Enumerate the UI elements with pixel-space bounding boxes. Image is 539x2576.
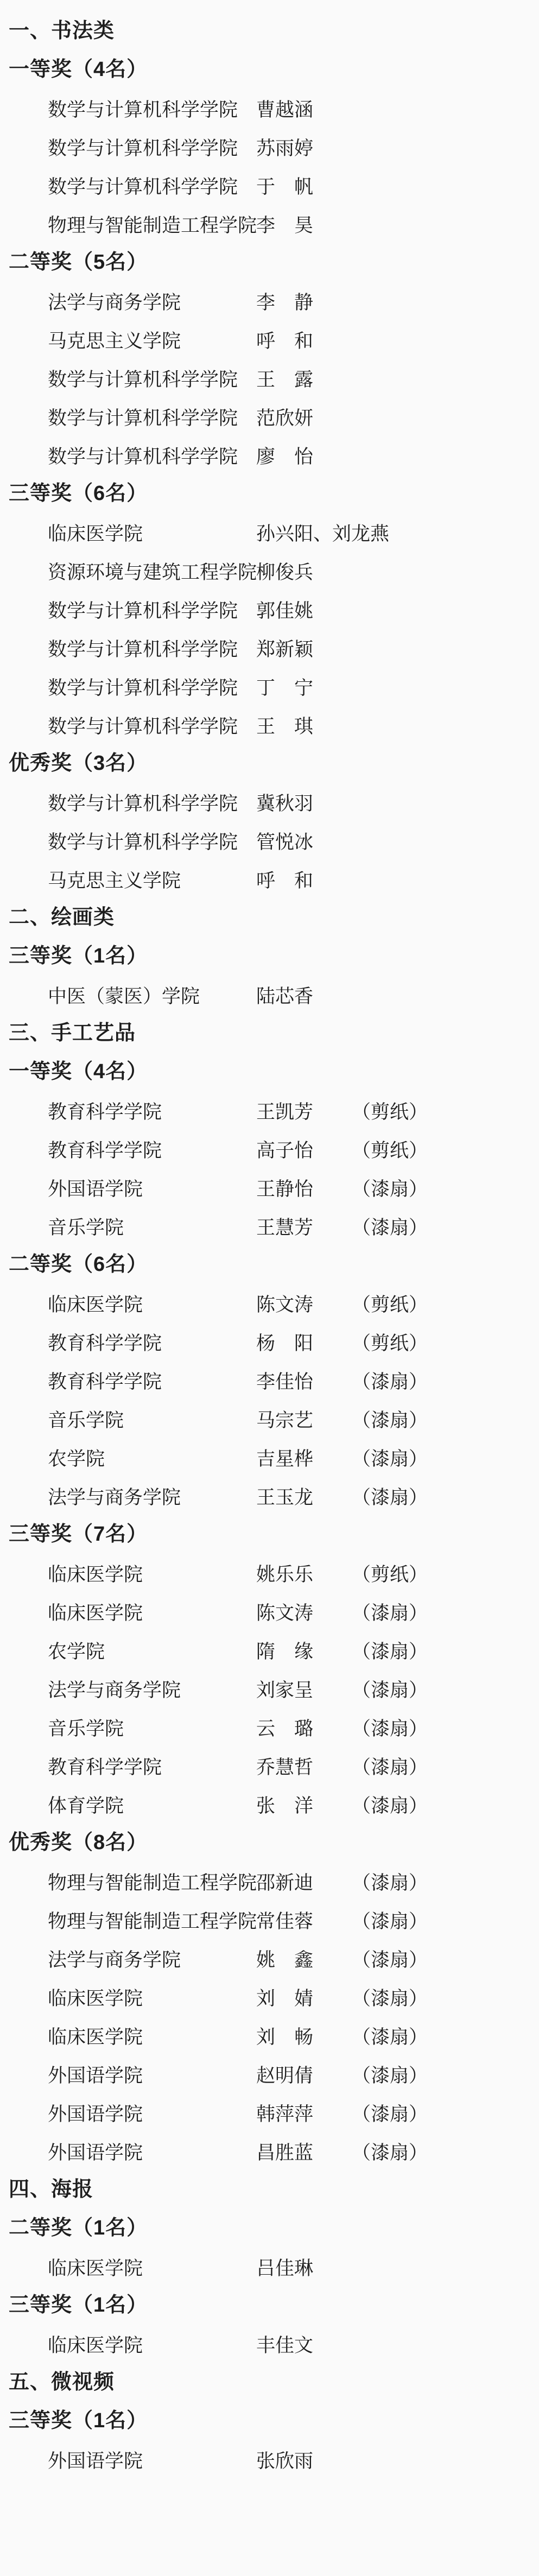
winner-row: 体育学院 张 洋 （漆扇） — [0, 1785, 539, 1824]
college-name: 数学与计算机科学学院 — [48, 673, 256, 700]
craft-type: （剪纸） — [352, 1328, 428, 1356]
winner-name: 韩萍萍 — [256, 2099, 352, 2126]
winner-row: 临床医学院 陈文涛 （剪纸） — [0, 1284, 539, 1322]
winner-row: 物理与智能制造工程学院 邵新迪 （漆扇） — [0, 1862, 539, 1901]
award-group: 优秀奖（3名） 数学与计算机科学学院 冀秋羽 数学与计算机科学学院 管悦冰 马克… — [0, 744, 539, 898]
craft-type: （漆扇） — [352, 1637, 428, 1664]
college-name: 法学与商务学院 — [48, 1483, 256, 1510]
award-group: 一等奖（4名） 教育科学学院 王凯芳 （剪纸） 教育科学学院 高子怡 （剪纸） … — [0, 1053, 539, 1245]
winner-name: 范欣妍 — [256, 403, 352, 431]
award-group-title: 优秀奖（3名） — [0, 744, 539, 783]
winner-name: 姚乐乐 — [256, 1560, 352, 1587]
winner-name: 呼 和 — [256, 866, 352, 893]
winner-row: 农学院 隋 缘 （漆扇） — [0, 1631, 539, 1669]
award-group-title: 优秀奖（8名） — [0, 1824, 539, 1862]
college-name: 临床医学院 — [48, 1560, 256, 1587]
college-name: 物理与智能制造工程学院 — [48, 1868, 256, 1895]
college-name: 教育科学学院 — [48, 1097, 256, 1124]
category-title: 五、微视频 — [0, 2363, 539, 2402]
college-name: 临床医学院 — [48, 2331, 256, 2358]
college-name: 数学与计算机科学学院 — [48, 827, 256, 855]
winner-name: 吕佳琳 — [256, 2254, 352, 2281]
document-content: 一、书法类 一等奖（4名） 数学与计算机科学学院 曹越涵 数学与计算机科学学院 … — [0, 12, 539, 2479]
college-name: 临床医学院 — [48, 2022, 256, 2049]
winner-row: 临床医学院 孙兴阳、刘龙燕 — [0, 513, 539, 552]
award-group-rows: 临床医学院 姚乐乐 （剪纸） 临床医学院 陈文涛 （漆扇） 农学院 隋 缘 （漆… — [0, 1554, 539, 1824]
award-group-title: 三等奖（7名） — [0, 1515, 539, 1554]
college-name: 外国语学院 — [48, 2099, 256, 2126]
award-group: 三等奖（6名） 临床医学院 孙兴阳、刘龙燕 资源环境与建筑工程学院 柳俊兵 数学… — [0, 474, 539, 744]
winner-name: 隋 缘 — [256, 1637, 352, 1664]
craft-type: （漆扇） — [352, 1945, 428, 1972]
category-groups: 三等奖（1名） 外国语学院 张欣雨 — [0, 2402, 539, 2479]
college-name: 数学与计算机科学学院 — [48, 635, 256, 662]
winner-row: 教育科学学院 李佳怡 （漆扇） — [0, 1361, 539, 1400]
college-name: 法学与商务学院 — [48, 1675, 256, 1702]
winner-name: 廖 怡 — [256, 442, 352, 469]
winner-name: 张 洋 — [256, 1791, 352, 1818]
category-groups: 一等奖（4名） 数学与计算机科学学院 曹越涵 数学与计算机科学学院 苏雨婷 数学… — [0, 50, 539, 898]
winner-name: 柳俊兵 — [256, 558, 352, 585]
craft-type: （剪纸） — [352, 1136, 428, 1163]
award-group-title: 三等奖（6名） — [0, 474, 539, 513]
college-name: 数学与计算机科学学院 — [48, 442, 256, 469]
college-name: 物理与智能制造工程学院 — [48, 1907, 256, 1934]
college-name: 外国语学院 — [48, 2446, 256, 2473]
college-name: 教育科学学院 — [48, 1328, 256, 1356]
category-groups: 一等奖（4名） 教育科学学院 王凯芳 （剪纸） 教育科学学院 高子怡 （剪纸） … — [0, 1053, 539, 2170]
college-name: 临床医学院 — [48, 519, 256, 546]
winner-row: 物理与智能制造工程学院 李 昊 — [0, 205, 539, 243]
college-name: 教育科学学院 — [48, 1367, 256, 1394]
winner-row: 教育科学学院 乔慧哲 （漆扇） — [0, 1746, 539, 1785]
craft-type: （漆扇） — [352, 1444, 428, 1471]
winner-row: 物理与智能制造工程学院 常佳蓉 （漆扇） — [0, 1901, 539, 1939]
winner-row: 外国语学院 韩萍萍 （漆扇） — [0, 2093, 539, 2132]
category-section: 二、绘画类 三等奖（1名） 中医（蒙医）学院 陆芯香 — [0, 898, 539, 1014]
college-name: 教育科学学院 — [48, 1752, 256, 1780]
college-name: 数学与计算机科学学院 — [48, 596, 256, 623]
winner-name: 陆芯香 — [256, 982, 352, 1009]
winner-row: 教育科学学院 高子怡 （剪纸） — [0, 1130, 539, 1168]
winner-name: 李 静 — [256, 288, 352, 315]
category-title: 二、绘画类 — [0, 898, 539, 937]
award-list-document: 一、书法类 一等奖（4名） 数学与计算机科学学院 曹越涵 数学与计算机科学学院 … — [0, 0, 539, 2479]
winner-name: 王 琪 — [256, 712, 352, 739]
winner-row: 法学与商务学院 姚 鑫 （漆扇） — [0, 1939, 539, 1978]
award-group-rows: 临床医学院 孙兴阳、刘龙燕 资源环境与建筑工程学院 柳俊兵 数学与计算机科学学院… — [0, 513, 539, 744]
college-name: 物理与智能制造工程学院 — [48, 211, 256, 238]
college-name: 马克思主义学院 — [48, 866, 256, 893]
winner-row: 法学与商务学院 刘家呈 （漆扇） — [0, 1669, 539, 1708]
craft-type: （漆扇） — [352, 1907, 428, 1934]
winner-name: 陈文涛 — [256, 1598, 352, 1625]
winner-name: 管悦冰 — [256, 827, 352, 855]
award-group-title: 三等奖（1名） — [0, 937, 539, 976]
college-name: 数学与计算机科学学院 — [48, 134, 256, 161]
winner-row: 马克思主义学院 呼 和 — [0, 860, 539, 898]
college-name: 外国语学院 — [48, 1174, 256, 1201]
award-group-title: 一等奖（4名） — [0, 50, 539, 89]
award-group: 三等奖（1名） 中医（蒙医）学院 陆芯香 — [0, 937, 539, 1014]
award-group-title: 三等奖（1名） — [0, 2402, 539, 2440]
winner-row: 音乐学院 王慧芳 （漆扇） — [0, 1207, 539, 1245]
winner-name: 杨 阳 — [256, 1328, 352, 1356]
winner-row: 数学与计算机科学学院 丁 宁 — [0, 667, 539, 706]
winner-name: 陈文涛 — [256, 1290, 352, 1317]
winner-name: 冀秋羽 — [256, 789, 352, 816]
winner-row: 临床医学院 吕佳琳 — [0, 2248, 539, 2286]
winner-name: 刘 畅 — [256, 2022, 352, 2049]
winner-row: 音乐学院 马宗艺 （漆扇） — [0, 1400, 539, 1438]
winner-name: 郭佳姚 — [256, 596, 352, 623]
college-name: 临床医学院 — [48, 1598, 256, 1625]
winner-row: 外国语学院 赵明倩 （漆扇） — [0, 2055, 539, 2093]
winner-name: 姚 鑫 — [256, 1945, 352, 1972]
craft-type: （漆扇） — [352, 1598, 428, 1625]
craft-type: （漆扇） — [352, 1868, 428, 1895]
category-section: 四、海报 二等奖（1名） 临床医学院 吕佳琳 三等奖（1名） 临床医学院 丰佳文 — [0, 2170, 539, 2363]
winner-row: 法学与商务学院 王玉龙 （漆扇） — [0, 1477, 539, 1515]
award-group-rows: 临床医学院 吕佳琳 — [0, 2248, 539, 2286]
college-name: 数学与计算机科学学院 — [48, 365, 256, 392]
award-group-rows: 临床医学院 丰佳文 — [0, 2325, 539, 2363]
craft-type: （漆扇） — [352, 1367, 428, 1394]
college-name: 中医（蒙医）学院 — [48, 982, 256, 1009]
winner-row: 数学与计算机科学学院 郭佳姚 — [0, 590, 539, 629]
category-section: 五、微视频 三等奖（1名） 外国语学院 张欣雨 — [0, 2363, 539, 2479]
winner-name: 王慧芳 — [256, 1213, 352, 1240]
winner-name: 云 璐 — [256, 1714, 352, 1741]
winner-name: 王玉龙 — [256, 1483, 352, 1510]
craft-type: （剪纸） — [352, 1560, 428, 1587]
award-group-title: 二等奖（1名） — [0, 2209, 539, 2248]
winner-row: 临床医学院 丰佳文 — [0, 2325, 539, 2363]
college-name: 临床医学院 — [48, 1290, 256, 1317]
category-section: 一、书法类 一等奖（4名） 数学与计算机科学学院 曹越涵 数学与计算机科学学院 … — [0, 12, 539, 898]
category-groups: 三等奖（1名） 中医（蒙医）学院 陆芯香 — [0, 937, 539, 1014]
award-group-rows: 数学与计算机科学学院 曹越涵 数学与计算机科学学院 苏雨婷 数学与计算机科学学院… — [0, 89, 539, 243]
winner-name: 吉星桦 — [256, 1444, 352, 1471]
craft-type: （漆扇） — [352, 2061, 428, 2088]
winner-row: 数学与计算机科学学院 王 琪 — [0, 706, 539, 744]
award-group: 三等奖（7名） 临床医学院 姚乐乐 （剪纸） 临床医学院 陈文涛 （漆扇） 农学… — [0, 1515, 539, 1824]
craft-type: （漆扇） — [352, 2099, 428, 2126]
winner-row: 外国语学院 张欣雨 — [0, 2440, 539, 2479]
college-name: 音乐学院 — [48, 1406, 256, 1433]
craft-type: （漆扇） — [352, 1714, 428, 1741]
winner-row: 临床医学院 姚乐乐 （剪纸） — [0, 1554, 539, 1592]
college-name: 数学与计算机科学学院 — [48, 403, 256, 431]
award-group: 一等奖（4名） 数学与计算机科学学院 曹越涵 数学与计算机科学学院 苏雨婷 数学… — [0, 50, 539, 243]
category-title: 一、书法类 — [0, 12, 539, 50]
award-group-rows: 中医（蒙医）学院 陆芯香 — [0, 976, 539, 1014]
craft-type: （漆扇） — [352, 1752, 428, 1780]
category-groups: 二等奖（1名） 临床医学院 吕佳琳 三等奖（1名） 临床医学院 丰佳文 — [0, 2209, 539, 2363]
winner-name: 张欣雨 — [256, 2446, 352, 2473]
winner-row: 教育科学学院 杨 阳 （剪纸） — [0, 1322, 539, 1361]
award-group-rows: 数学与计算机科学学院 冀秋羽 数学与计算机科学学院 管悦冰 马克思主义学院 呼 … — [0, 783, 539, 898]
winner-row: 数学与计算机科学学院 曹越涵 — [0, 89, 539, 128]
winner-name: 刘家呈 — [256, 1675, 352, 1702]
college-name: 农学院 — [48, 1637, 256, 1664]
craft-type: （漆扇） — [352, 1675, 428, 1702]
winner-row: 数学与计算机科学学院 范欣妍 — [0, 397, 539, 436]
winner-name: 孙兴阳、刘龙燕 — [256, 519, 352, 546]
winner-name: 李 昊 — [256, 211, 352, 238]
award-group: 优秀奖（8名） 物理与智能制造工程学院 邵新迪 （漆扇） 物理与智能制造工程学院… — [0, 1824, 539, 2170]
craft-type: （漆扇） — [352, 1406, 428, 1433]
category-title: 四、海报 — [0, 2170, 539, 2209]
winner-row: 数学与计算机科学学院 冀秋羽 — [0, 783, 539, 821]
college-name: 外国语学院 — [48, 2138, 256, 2165]
craft-type: （剪纸） — [352, 1290, 428, 1317]
winner-name: 马宗艺 — [256, 1406, 352, 1433]
craft-type: （漆扇） — [352, 2022, 428, 2049]
college-name: 临床医学院 — [48, 1984, 256, 2011]
category-section: 三、手工艺品 一等奖（4名） 教育科学学院 王凯芳 （剪纸） 教育科学学院 高子… — [0, 1014, 539, 2170]
craft-type: （漆扇） — [352, 1213, 428, 1240]
craft-type: （漆扇） — [352, 1483, 428, 1510]
winner-row: 中医（蒙医）学院 陆芯香 — [0, 976, 539, 1014]
winner-name: 呼 和 — [256, 326, 352, 353]
winner-name: 曹越涵 — [256, 95, 352, 122]
college-name: 音乐学院 — [48, 1714, 256, 1741]
award-group-title: 二等奖（6名） — [0, 1245, 539, 1284]
winner-row: 数学与计算机科学学院 王 露 — [0, 359, 539, 397]
award-group-title: 一等奖（4名） — [0, 1053, 539, 1091]
winner-name: 王 露 — [256, 365, 352, 392]
award-group-rows: 临床医学院 陈文涛 （剪纸） 教育科学学院 杨 阳 （剪纸） 教育科学学院 李佳… — [0, 1284, 539, 1515]
award-group-rows: 物理与智能制造工程学院 邵新迪 （漆扇） 物理与智能制造工程学院 常佳蓉 （漆扇… — [0, 1862, 539, 2170]
winner-row: 临床医学院 陈文涛 （漆扇） — [0, 1592, 539, 1631]
craft-type: （漆扇） — [352, 2138, 428, 2165]
winner-row: 外国语学院 王静怡 （漆扇） — [0, 1168, 539, 1207]
college-name: 数学与计算机科学学院 — [48, 789, 256, 816]
winner-name: 乔慧哲 — [256, 1752, 352, 1780]
category-title: 三、手工艺品 — [0, 1014, 539, 1053]
winner-name: 邵新迪 — [256, 1868, 352, 1895]
winner-name: 李佳怡 — [256, 1367, 352, 1394]
college-name: 外国语学院 — [48, 2061, 256, 2088]
college-name: 法学与商务学院 — [48, 288, 256, 315]
award-group-rows: 法学与商务学院 李 静 马克思主义学院 呼 和 数学与计算机科学学院 王 露 数… — [0, 282, 539, 474]
award-group-rows: 教育科学学院 王凯芳 （剪纸） 教育科学学院 高子怡 （剪纸） 外国语学院 王静… — [0, 1091, 539, 1245]
college-name: 马克思主义学院 — [48, 326, 256, 353]
winner-row: 外国语学院 昌胜蓝 （漆扇） — [0, 2132, 539, 2170]
winner-row: 马克思主义学院 呼 和 — [0, 320, 539, 359]
award-group: 二等奖（6名） 临床医学院 陈文涛 （剪纸） 教育科学学院 杨 阳 （剪纸） 教… — [0, 1245, 539, 1515]
award-group: 三等奖（1名） 临床医学院 丰佳文 — [0, 2286, 539, 2363]
college-name: 数学与计算机科学学院 — [48, 95, 256, 122]
award-group-title: 二等奖（5名） — [0, 243, 539, 282]
winner-name: 郑新颖 — [256, 635, 352, 662]
winner-name: 刘 婧 — [256, 1984, 352, 2011]
winner-name: 王凯芳 — [256, 1097, 352, 1124]
award-group: 三等奖（1名） 外国语学院 张欣雨 — [0, 2402, 539, 2479]
winner-row: 数学与计算机科学学院 廖 怡 — [0, 436, 539, 474]
winner-name: 常佳蓉 — [256, 1907, 352, 1934]
award-group: 二等奖（5名） 法学与商务学院 李 静 马克思主义学院 呼 和 数学与计算机科学… — [0, 243, 539, 474]
college-name: 农学院 — [48, 1444, 256, 1471]
winner-row: 数学与计算机科学学院 郑新颖 — [0, 629, 539, 667]
winner-name: 昌胜蓝 — [256, 2138, 352, 2165]
winner-row: 临床医学院 刘 婧 （漆扇） — [0, 1978, 539, 2016]
winner-name: 赵明倩 — [256, 2061, 352, 2088]
winner-row: 音乐学院 云 璐 （漆扇） — [0, 1708, 539, 1746]
winner-row: 数学与计算机科学学院 管悦冰 — [0, 821, 539, 860]
college-name: 法学与商务学院 — [48, 1945, 256, 1972]
college-name: 数学与计算机科学学院 — [48, 712, 256, 739]
award-group-title: 三等奖（1名） — [0, 2286, 539, 2325]
college-name: 体育学院 — [48, 1791, 256, 1818]
winner-name: 丰佳文 — [256, 2331, 352, 2358]
winner-row: 临床医学院 刘 畅 （漆扇） — [0, 2016, 539, 2055]
college-name: 音乐学院 — [48, 1213, 256, 1240]
award-group-rows: 外国语学院 张欣雨 — [0, 2440, 539, 2479]
craft-type: （漆扇） — [352, 1174, 428, 1201]
craft-type: （漆扇） — [352, 1984, 428, 2011]
winner-row: 数学与计算机科学学院 苏雨婷 — [0, 128, 539, 166]
winner-name: 于 帆 — [256, 172, 352, 199]
winner-name: 苏雨婷 — [256, 134, 352, 161]
college-name: 数学与计算机科学学院 — [48, 172, 256, 199]
winner-row: 数学与计算机科学学院 于 帆 — [0, 166, 539, 205]
winner-name: 高子怡 — [256, 1136, 352, 1163]
winner-name: 丁 宁 — [256, 673, 352, 700]
college-name: 临床医学院 — [48, 2254, 256, 2281]
college-name: 教育科学学院 — [48, 1136, 256, 1163]
craft-type: （漆扇） — [352, 1791, 428, 1818]
award-group: 二等奖（1名） 临床医学院 吕佳琳 — [0, 2209, 539, 2286]
winner-name: 王静怡 — [256, 1174, 352, 1201]
winner-row: 资源环境与建筑工程学院 柳俊兵 — [0, 552, 539, 590]
winner-row: 法学与商务学院 李 静 — [0, 282, 539, 320]
craft-type: （剪纸） — [352, 1097, 428, 1124]
winner-row: 教育科学学院 王凯芳 （剪纸） — [0, 1091, 539, 1130]
winner-row: 农学院 吉星桦 （漆扇） — [0, 1438, 539, 1477]
college-name: 资源环境与建筑工程学院 — [48, 558, 256, 585]
